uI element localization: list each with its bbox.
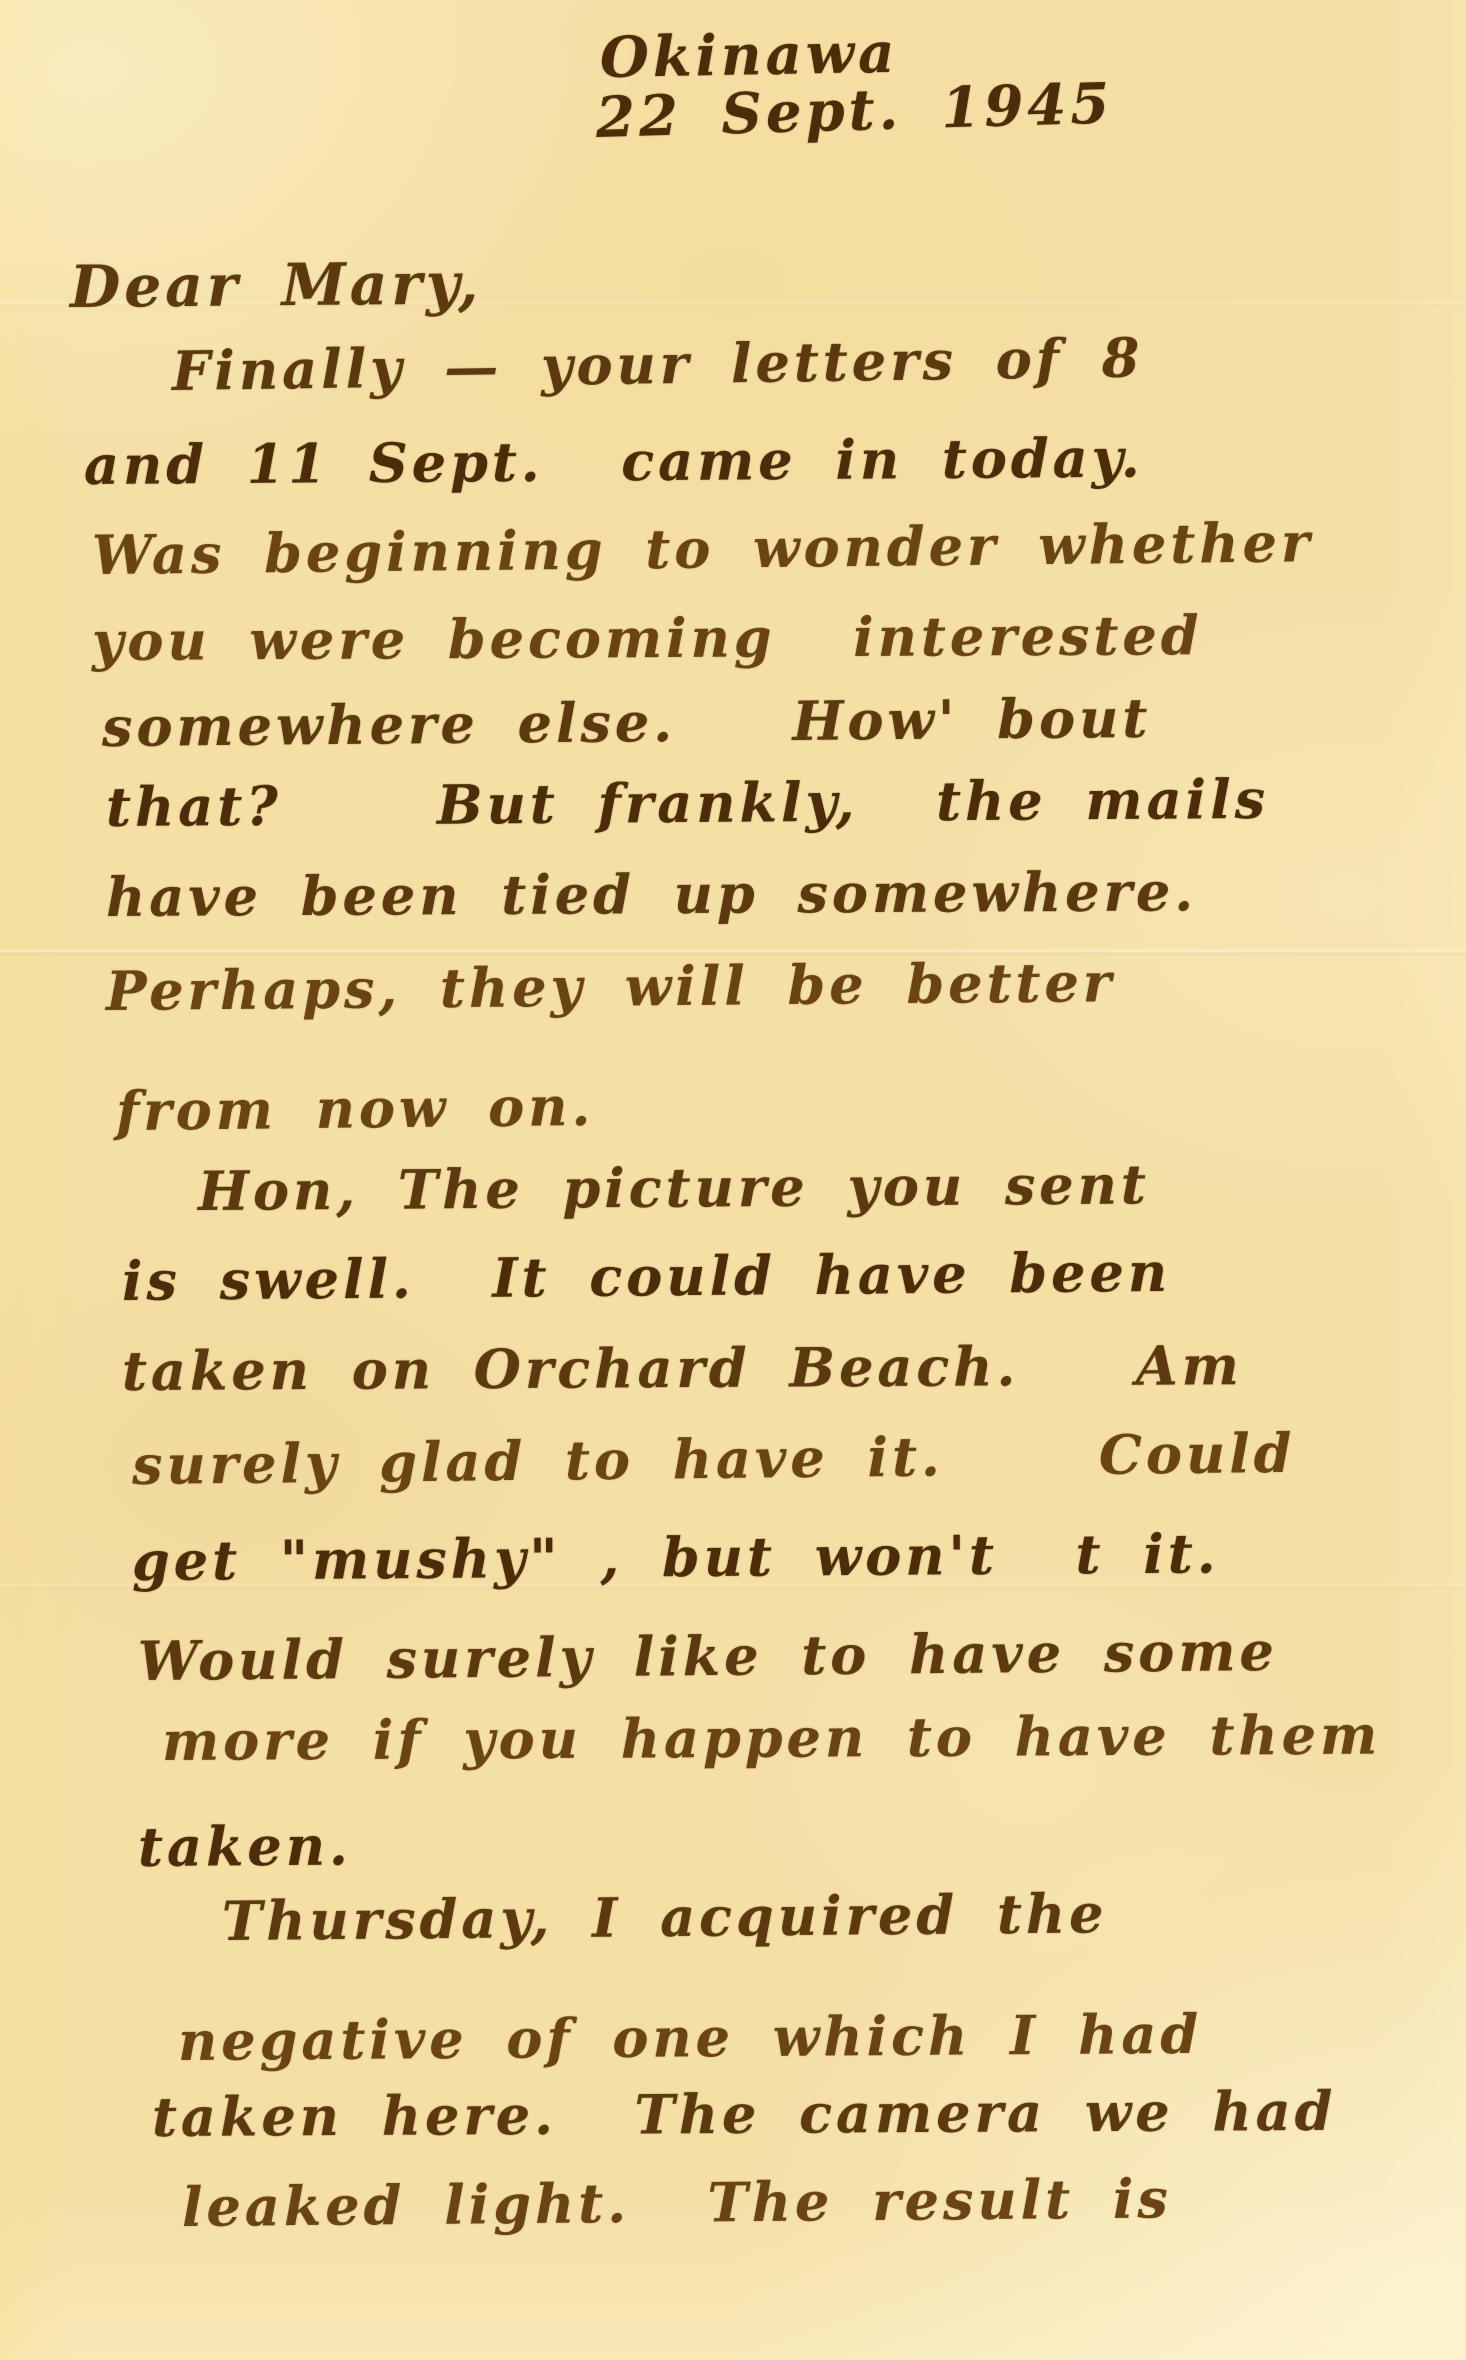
letter-line: you were becoming interested [92, 608, 1203, 668]
letter-line: surely glad to have it. Could [132, 1426, 1296, 1492]
letter-line: taken. [138, 1819, 352, 1874]
letter-line: and 11 Sept. came in today. [84, 431, 1144, 492]
letter-line: negative of one which I had [178, 2007, 1202, 2068]
letter-line: is swell. It could have been [122, 1245, 1172, 1308]
letter-line: have been tied up somewhere. [106, 864, 1197, 924]
letter-line: from now on. [116, 1079, 595, 1138]
letter-line: Hon, The picture you sent [198, 1157, 1150, 1218]
letter-line: Perhaps, they will be better [106, 955, 1116, 1018]
letter-salutation: Dear Mary, [70, 254, 483, 316]
letter-line: that? But frankly, the mails [106, 772, 1269, 834]
letter-line: more if you happen to have them [162, 1708, 1381, 1768]
letter-line: Would surely like to have some [138, 1624, 1278, 1688]
letter-line: leaked light. The result is [182, 2171, 1172, 2234]
letter-line: taken here. The camera we had [152, 2084, 1337, 2144]
letter-line: Thursday, I acquired the [222, 1886, 1108, 1948]
letter-line: taken on Orchard Beach. Am [122, 1338, 1243, 1398]
letter-line: somewhere else. How' bout [102, 691, 1152, 754]
letter-page: Okinawa 22 Sept. 1945 Dear Mary, Finally… [0, 0, 1466, 2360]
letter-date: 22 Sept. 1945 [595, 76, 1114, 146]
letter-line: get "mushy" , but won't t it. [132, 1526, 1220, 1588]
letter-line: Was beginning to wonder whether [92, 515, 1314, 582]
letter-line: Finally — your letters of 8 [172, 330, 1144, 398]
